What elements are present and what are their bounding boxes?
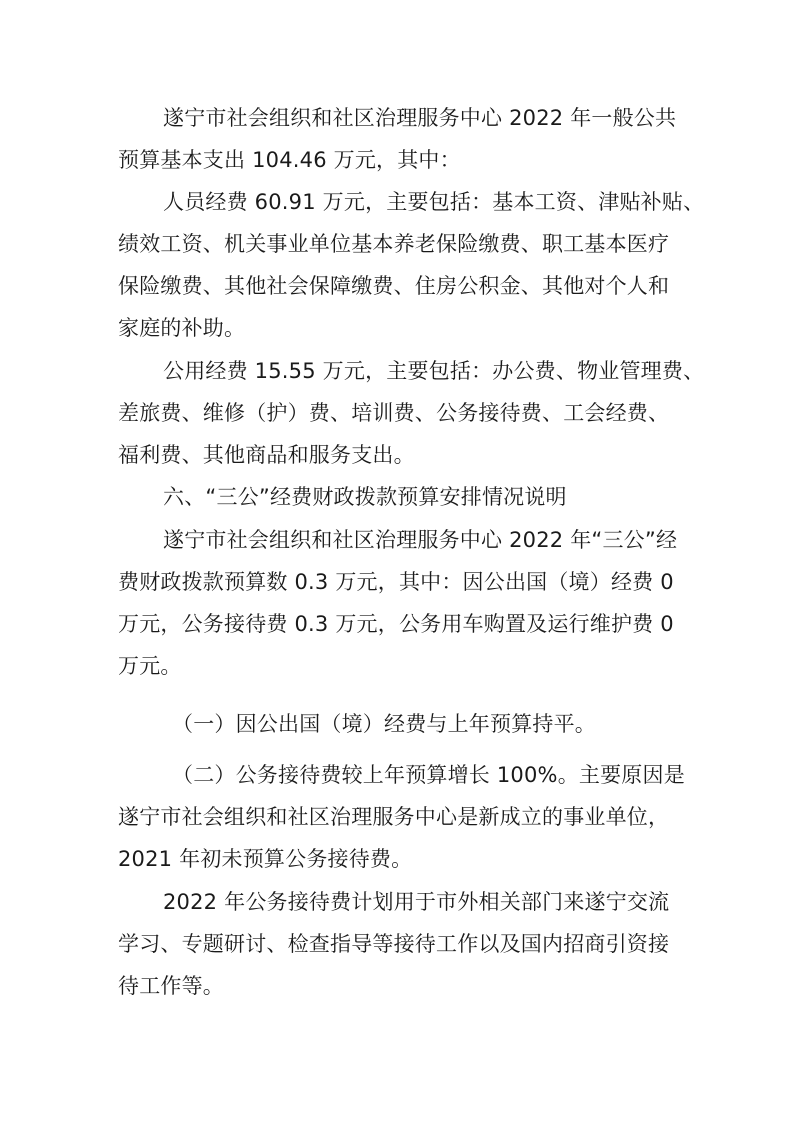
- text-line: 遂宁市社会组织和社区治理服务中心 2022 年“三公”经: [163, 527, 677, 553]
- text-line: （二）公务接待费较上年预算增长 100%。主要原因是: [172, 762, 685, 788]
- text-line: 待工作等。: [118, 973, 224, 999]
- text-line: 家庭的补助。: [118, 315, 245, 341]
- text-line: 万元。: [118, 653, 182, 679]
- text-line: 万元，公务接待费 0.3 万元，公务用车购置及运行维护费 0: [118, 611, 674, 637]
- heading-text: 六、“三公”经费财政拨款预算安排情况说明: [163, 484, 567, 510]
- text-line: 遂宁市社会组织和社区治理服务中心是新成立的事业单位，: [118, 804, 669, 830]
- text-line: 人员经费 60.91 万元，主要包括：基本工资、津贴补贴、: [163, 189, 704, 215]
- text-line: 福利费、其他商品和服务支出。: [118, 442, 415, 468]
- text-line: 绩效工资、机关事业单位基本养老保险缴费、职工基本医疗: [118, 231, 669, 257]
- text-line: 遂宁市社会组织和社区治理服务中心 2022 年一般公共: [163, 105, 676, 131]
- text-line: 保险缴费、其他社会保障缴费、住房公积金、其他对个人和: [118, 273, 669, 299]
- text-line: 公用经费 15.55 万元，主要包括：办公费、物业管理费、: [163, 358, 704, 384]
- text-line: 差旅费、维修（护）费、培训费、公务接待费、工会经费、: [118, 400, 669, 426]
- text-line: 学习、专题研讨、检查指导等接待工作以及国内招商引资接: [118, 931, 669, 957]
- text-line: 2021 年初未预算公务接待费。: [118, 846, 412, 872]
- document-page: 遂宁市社会组织和社区治理服务中心 2022 年一般公共 预算基本支出 104.4…: [0, 0, 794, 1122]
- text-line: 2022 年公务接待费计划用于市外相关部门来遂宁交流: [163, 889, 669, 915]
- text-line: 预算基本支出 104.46 万元，其中：: [118, 147, 461, 173]
- text-line: （一）因公出国（境）经费与上年预算持平。: [172, 711, 596, 737]
- text-line: 费财政拨款预算数 0.3 万元，其中：因公出国（境）经费 0: [118, 569, 674, 595]
